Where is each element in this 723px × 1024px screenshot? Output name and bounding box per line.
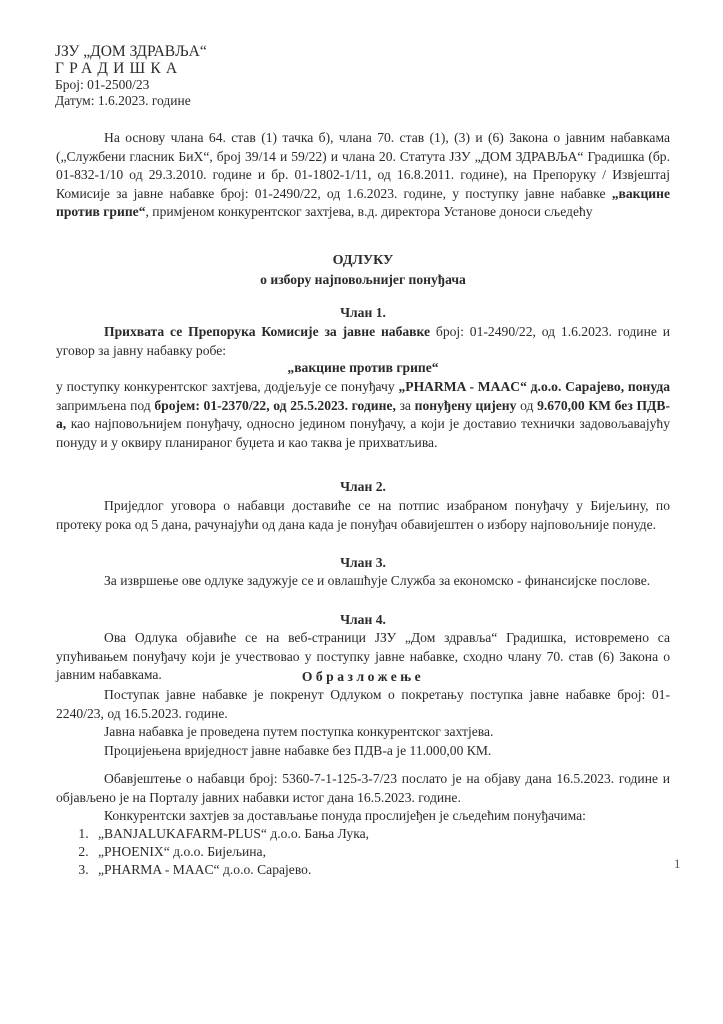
article-2-heading: Члан 2. (56, 479, 670, 495)
document-page: ЈЗУ „ДОМ ЗДРАВЉА“ ГРАДИШКА Број: 01-2500… (0, 0, 723, 1024)
institution-city: ГРАДИШКА (55, 60, 207, 77)
institution-name: ЈЗУ „ДОМ ЗДРАВЉА“ (55, 43, 207, 60)
awarded-bidder: „PHARMA - MAAC“ д.о.о. Сарајево, понуда (398, 379, 670, 394)
preamble-text: На основу члана 64. став (1) тачка б), ч… (56, 130, 670, 201)
article-1-subject: „вакцине против грипе“ (56, 360, 670, 376)
bidders-list: „BANJALUKAFARM-PLUS“ д.о.о. Бања Лука, „… (56, 825, 369, 879)
preamble-end: , примјеном конкурентског захтјева, в.д.… (146, 204, 593, 219)
article-1-lead: Прихвата се Препорука Комисије за јавне … (56, 323, 670, 360)
reasoning-paragraph-5: Конкурентски захтјев за достављање понуд… (56, 807, 670, 826)
preamble-paragraph: На основу члана 64. став (1) тачка б), ч… (56, 129, 670, 222)
article-3-text: За извршење ове одлуке задужује се и овл… (56, 572, 670, 591)
reasoning-paragraph-1: Поступак јавне набавке је покренут Одлук… (56, 686, 670, 723)
document-date: Датум: 1.6.2023. године (55, 93, 207, 109)
offered-price-label: понуђену цијену (415, 398, 517, 413)
article-1-t9: као најповољнијем понуђачу, односно једи… (56, 416, 670, 450)
article-1-lead-bold: Прихвата се Препорука Комисије за јавне … (104, 324, 430, 339)
reasoning-paragraph-4: Обавјештење о набавци број: 5360-7-1-125… (56, 770, 670, 807)
article-3-heading: Члан 3. (56, 555, 670, 571)
article-1-t5: за (396, 398, 415, 413)
offer-number: бројем: 01-2370/22, од 25.5.2023. године… (154, 398, 396, 413)
reasoning-heading: Образложење (56, 669, 670, 685)
document-header: ЈЗУ „ДОМ ЗДРАВЉА“ ГРАДИШКА Број: 01-2500… (55, 43, 207, 109)
decision-subtitle: о избору најповољнијег понуђача (56, 272, 670, 288)
article-2-text: Приједлог уговора о набавци доставиће се… (56, 497, 670, 534)
article-1-body: у поступку конкурентског захтјева, додје… (56, 378, 670, 452)
article-1-t7: од (516, 398, 537, 413)
article-1-heading: Члан 1. (56, 305, 670, 321)
article-1-t3: запримљена под (56, 398, 154, 413)
reasoning-paragraph-2: Јавна набавка је проведена путем поступк… (56, 723, 670, 742)
bidder-item: „PHARMA - MAAC“ д.о.о. Сарајево. (92, 861, 369, 879)
bidder-item: „BANJALUKAFARM-PLUS“ д.о.о. Бања Лука, (92, 825, 369, 843)
reasoning-paragraph-3: Процијењена вриједност јавне набавке без… (56, 742, 670, 761)
document-number: Број: 01-2500/23 (55, 77, 207, 93)
decision-title: ОДЛУКУ (56, 253, 670, 269)
article-1-t1: у поступку конкурентског захтјева, додје… (56, 379, 398, 394)
bidder-item: „PHOENIX“ д.о.о. Бијељина, (92, 843, 369, 861)
article-4-heading: Члан 4. (56, 612, 670, 628)
page-number: 1 (674, 856, 681, 872)
